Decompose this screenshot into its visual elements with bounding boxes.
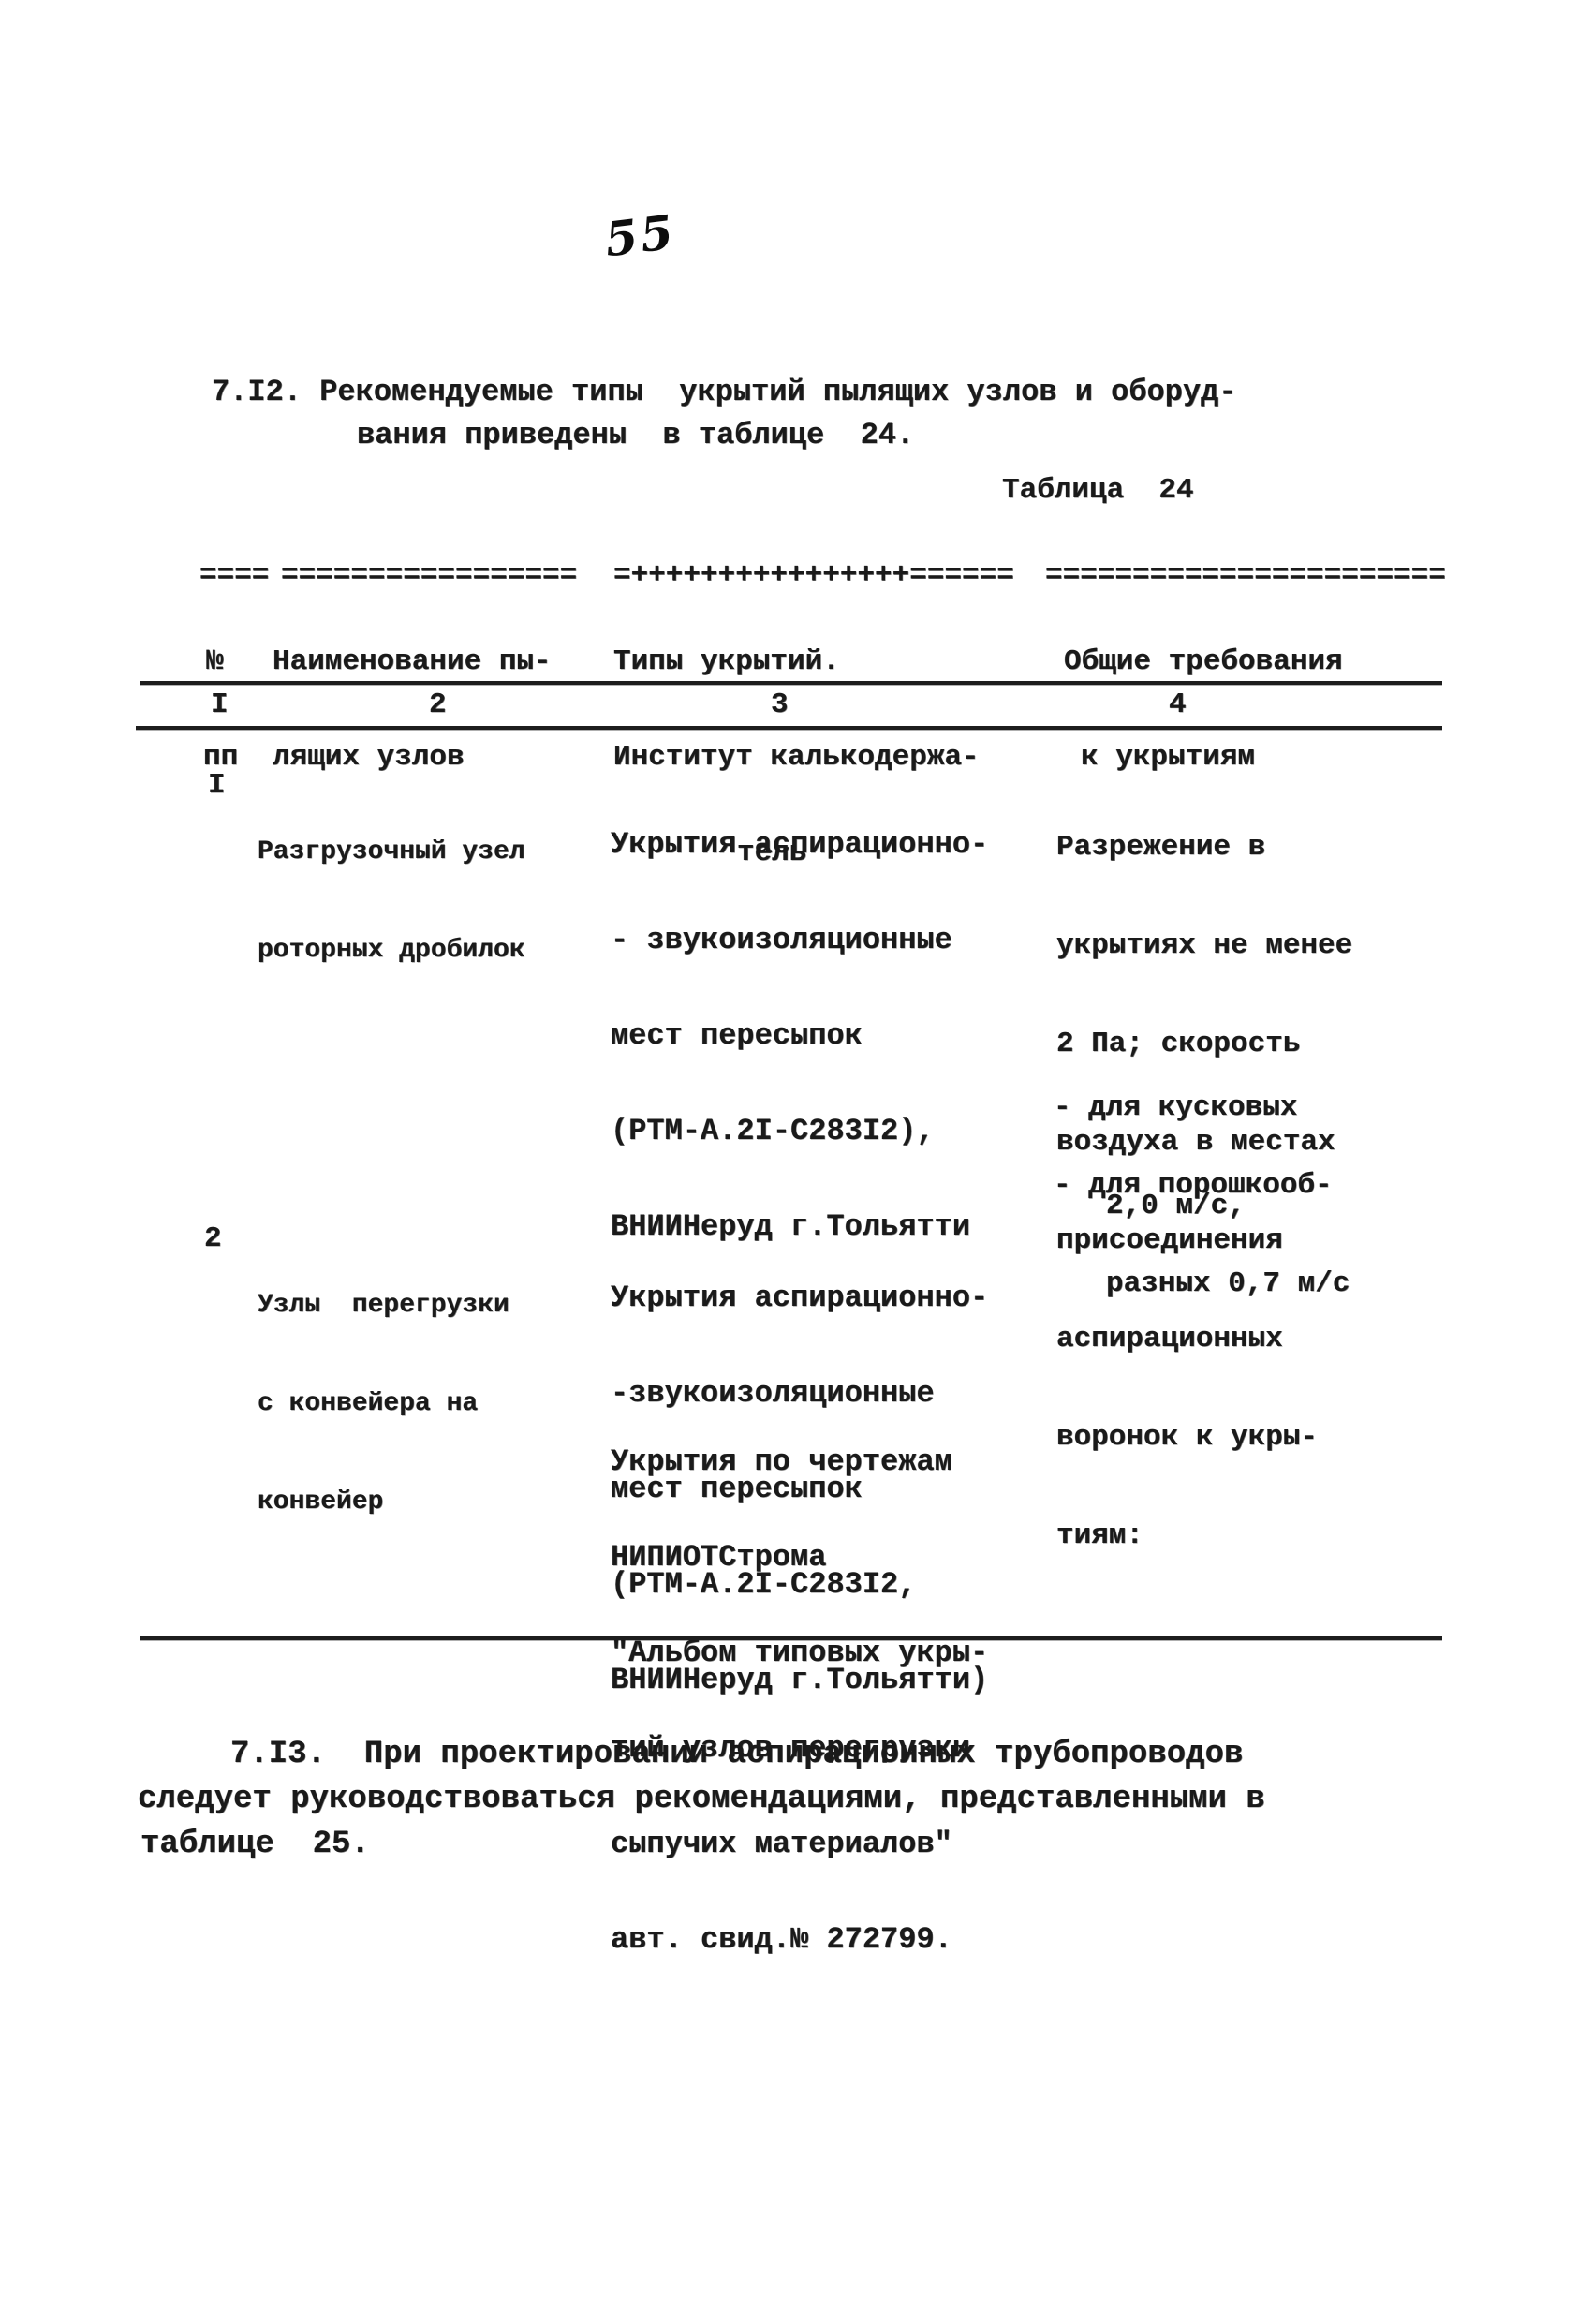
text-line: авт. свид.№ 272799.: [611, 1924, 988, 1956]
text-line: №: [206, 646, 275, 678]
text-line: - для порошкооб-: [1054, 1169, 1350, 1202]
text-line: Типы укрытий.: [613, 646, 980, 678]
table-top-typed-rule: ==== ================= =++++++++++++++++…: [0, 0, 1593, 101]
row2-number: 2: [204, 1223, 222, 1255]
text-line: Укрытия аспирационно-: [611, 829, 988, 861]
text-line: роторных дробилок: [258, 934, 525, 967]
text-line: Укрытия по чертежам: [611, 1446, 988, 1478]
paragraph-7-12-line2: вания приведены в таблице 24.: [357, 418, 914, 452]
page-number: 55: [602, 204, 679, 268]
table-rule-bottom: [140, 1636, 1442, 1640]
text-line: Укрытия аспирационно-: [611, 1282, 988, 1314]
text-line: мест пересыпок: [611, 1020, 988, 1052]
row1-bullet-powder: - для порошкооб- разных 0,7 м/с: [1054, 1103, 1350, 1366]
column-number-3: 3: [771, 689, 789, 721]
table-caption: Таблица 24: [1002, 474, 1194, 507]
text-line: разных 0,7 м/с: [1106, 1267, 1350, 1300]
column-number-4: 4: [1169, 689, 1187, 721]
paragraph-7-13-line1: 7.I3. При проектировании аспирационных т…: [230, 1737, 1243, 1772]
paragraph-7-13-line3: таблице 25.: [140, 1827, 370, 1862]
scanned-document-page: 55 7.I2. Рекомендуемые типы укрытий пыля…: [0, 0, 1593, 2324]
text-line: сыпучих материалов": [611, 1828, 988, 1860]
row2-name-cell: Узлы перегрузки с конвейера на конвейер: [258, 1223, 509, 1584]
text-line: Разрежение в: [1056, 831, 1352, 864]
column-number-1: I: [211, 689, 229, 721]
row2-shelter-cell-2: Укрытия по чертежам НИПИОТСтрома "Альбом…: [611, 1383, 988, 2020]
column-number-2: 2: [429, 689, 447, 721]
table-rule-colnumbers: [136, 726, 1442, 730]
text-line: конвейер: [258, 1486, 509, 1518]
text-line: Узлы перегрузки: [258, 1289, 509, 1322]
text-line: с конвейера на: [258, 1387, 509, 1420]
text-line: - звукоизоляционные: [611, 925, 988, 956]
text-line: лящих узлов: [273, 742, 552, 774]
text-line: "Альбом типовых укры-: [611, 1637, 988, 1669]
text-line: НИПИОТСтрома: [611, 1542, 988, 1574]
text-line: Общие требования: [1064, 646, 1343, 678]
paragraph-7-13-line2: следует руководствоваться рекомендациями…: [138, 1782, 1265, 1817]
table-rule-header: [140, 681, 1442, 685]
text-line: воронок к укры-: [1056, 1421, 1352, 1454]
text-line: Разгрузочный узел: [258, 836, 525, 868]
row1-name-cell: Разгрузочный узел роторных дробилок: [258, 770, 525, 1032]
row1-number: I: [208, 770, 226, 802]
text-line: тиям:: [1056, 1519, 1352, 1552]
text-line: Наименование пы-: [273, 646, 552, 678]
text-line: укрытиях не менее: [1056, 929, 1352, 962]
text-line: (РТМ-А.2I-С283I2),: [611, 1116, 988, 1147]
paragraph-7-12-line1: 7.I2. Рекомендуемые типы укрытий пылящих…: [212, 375, 1237, 409]
